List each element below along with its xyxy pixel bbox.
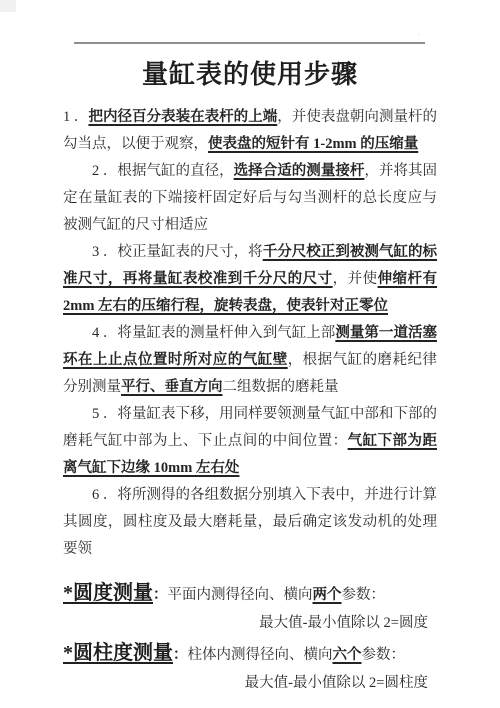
step-4-emphasis: 平行、垂直方向 [121, 379, 223, 395]
cylindricity-desc: 柱体内测得径向、横向 [188, 647, 333, 663]
header-divider-line [74, 42, 425, 44]
step-paragraph-4: 4 ．将量缸表的测量杆伸入到气缸上部测量第一道活塞环在上止点位置时所对应的气缸壁… [63, 320, 437, 401]
cylindricity-formula: 最大值-最小值除以 2=圆柱度 [63, 670, 437, 697]
document-content: 量缸表的使用步骤 1 ．把内径百分表装在表杆的上端，并使表盘朝向测量杆的勾当点，… [63, 56, 437, 698]
step-3-text: 3 ．校正量缸表的尺寸，将 [92, 244, 263, 260]
cylindricity-colon: ： [173, 647, 188, 663]
step-3-text: ，并使 [333, 271, 378, 287]
step-paragraph-1: 1 ．把内径百分表装在表杆的上端，并使表盘朝向测量杆的勾当点，以便于观察，使表盘… [63, 104, 437, 158]
step-paragraph-6: 6 ．将所测得的各组数据分别填入下表中，并进行计算其圆度，圆柱度及最大磨耗量，最… [63, 482, 437, 563]
roundness-formula: 最大值-最小值除以 2=圆度 [63, 610, 437, 637]
cylindricity-desc: 参数： [362, 647, 406, 663]
step-1-emphasis: 把内径百分表装在表杆的上端 [88, 109, 277, 125]
cylindricity-desc-emphasis: 六个 [333, 647, 362, 663]
page-title: 量缸表的使用步骤 [63, 56, 437, 94]
roundness-desc-emphasis: 两个 [313, 587, 342, 603]
step-1-emphasis: 使表盘的短针有 1-2mm 的压缩量 [208, 136, 418, 152]
step-paragraph-2: 2 ．根据气缸的直径，选择合适的测量接杆，并将其固定在量缸表的下端接杆固定好后与… [63, 158, 437, 239]
roundness-desc: 参数： [342, 587, 386, 603]
scan-corner-artifact [0, 0, 16, 12]
step-2-emphasis: 选择合适的测量接杆 [234, 163, 365, 179]
document-page: ′ · 量缸表的使用步骤 1 ．把内径百分表装在表杆的上端，并使表盘朝向测量杆的… [0, 0, 500, 708]
scan-speck-top-right: ′ [418, 33, 420, 41]
step-paragraph-5: 5 ．将量缸表下移，用同样要领测量气缸中部和下部的磨耗气缸中部为上、下止点间的中… [63, 401, 437, 482]
step-4-text: 4 ．将量缸表的测量杆伸入到气缸上部 [92, 325, 335, 341]
roundness-desc: 平面内测得径向、横向 [168, 587, 313, 603]
step-1-text: 1 ． [63, 109, 88, 125]
step-2-text: 2 ．根据气缸的直径， [92, 163, 234, 179]
step-4-text: 二组数据的磨耗量 [223, 379, 339, 395]
step-6-text: 6 ．将所测得的各组数据分别填入下表中，并进行计算其圆度，圆柱度及最大磨耗量，最… [63, 487, 437, 557]
roundness-measure-line: *圆度测量：平面内测得径向、横向两个参数： [63, 578, 437, 610]
cylindricity-heading: *圆柱度测量 [63, 642, 173, 664]
cylindricity-measure-line: *圆柱度测量：柱体内测得径向、横向六个参数： [63, 638, 437, 670]
step-paragraph-3: 3 ．校正量缸表的尺寸，将千分尺校正到被测气缸的标准尺寸，再将量缸表校准到千分尺… [63, 239, 437, 320]
measurement-definitions: *圆度测量：平面内测得径向、横向两个参数： 最大值-最小值除以 2=圆度 *圆柱… [63, 578, 437, 697]
roundness-heading: *圆度测量 [63, 582, 153, 604]
roundness-colon: ： [153, 587, 168, 603]
